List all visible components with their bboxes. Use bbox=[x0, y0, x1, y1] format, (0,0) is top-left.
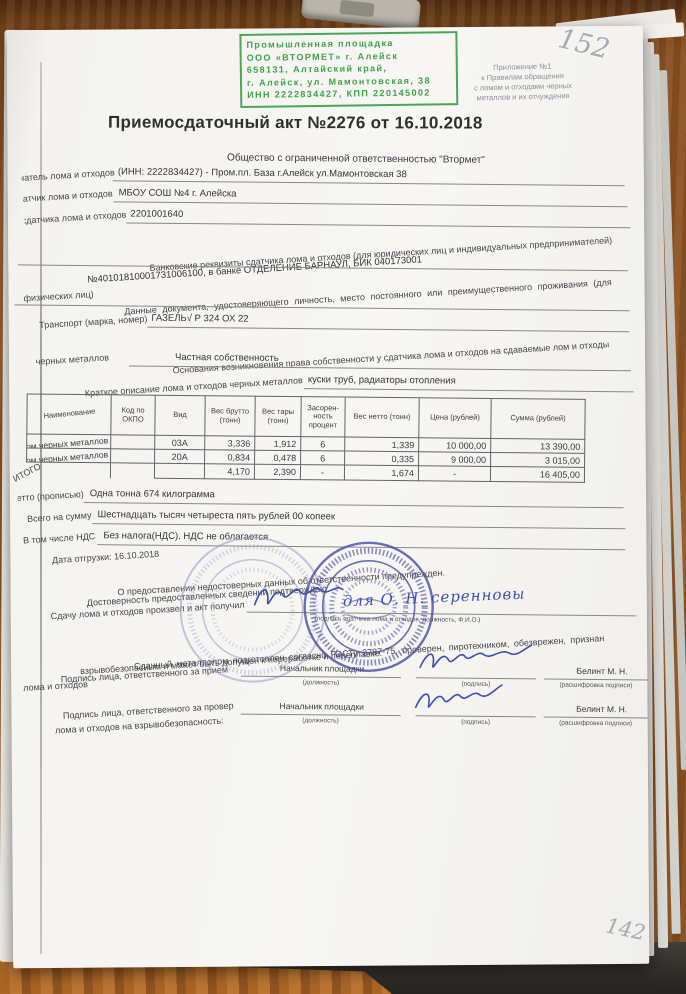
value-ownership: Частная собственность bbox=[175, 352, 279, 364]
cell-clog: 6 bbox=[301, 437, 345, 451]
green-company-stamp: Промышленная площадка ООО «ВТОРМЕТ» г. А… bbox=[239, 31, 458, 108]
sig1-sign-caption: (подпись) bbox=[416, 680, 536, 688]
value-vat: Без налога(НДС). НДС не облагается bbox=[103, 530, 268, 543]
sig1-name-caption: (расшифровка подписи) bbox=[541, 681, 651, 689]
label-sum-words: Всего на сумму bbox=[19, 510, 92, 527]
value-deliverer: МБОУ СОШ №4 г. Алейска bbox=[119, 187, 237, 199]
document-content: Промышленная площадка ООО «ВТОРМЕТ» г. А… bbox=[0, 0, 686, 994]
label-receiver: Получатель лома и отходов bbox=[21, 167, 116, 186]
pencil-page-number-bottom: 142 bbox=[604, 913, 648, 945]
stamp-line: ИНН 2222834427, КПП 220145002 bbox=[247, 86, 451, 101]
cell-okpo bbox=[111, 449, 155, 463]
goods-table: Наименование Код по ОКПО Вид Вес брутто … bbox=[26, 393, 586, 482]
total-tare: 2,390 bbox=[254, 464, 300, 479]
col-header-name: Наименование bbox=[27, 394, 111, 435]
cell-vid: 03А bbox=[155, 435, 205, 449]
sig1-position-caption: (должность) bbox=[241, 679, 401, 688]
total-gross: 4,170 bbox=[204, 464, 254, 479]
col-header-net: Вес нетто (тонн) bbox=[345, 397, 419, 438]
annex-note: Приложение №1 к Правилам обращения с лом… bbox=[439, 60, 606, 104]
label-net-words: Вес нетто (прописью) bbox=[17, 489, 84, 506]
col-header-gross: Вес брутто (тонн) bbox=[205, 396, 255, 436]
cell-net: 1,339 bbox=[345, 437, 419, 452]
col-header-price: Цена (рублей) bbox=[419, 398, 491, 439]
sig2-position: Начальник площадки bbox=[246, 701, 398, 712]
sig2-name-caption: (расшифровка подписи) bbox=[541, 719, 651, 727]
cell-vid: 20А bbox=[155, 449, 205, 463]
sig1-name: Белинт М. Н. bbox=[546, 665, 658, 676]
cell-gross: 0,834 bbox=[205, 450, 255, 464]
sig2-sign-caption: (подпись) bbox=[416, 718, 536, 726]
cell-price: 10 000,00 bbox=[419, 438, 491, 453]
cell-name: Лом черных металлов bbox=[27, 448, 111, 463]
label-deliverer: Сдатчик лома и отходов bbox=[22, 188, 113, 206]
cell-tare: 1,912 bbox=[255, 436, 301, 450]
value-receiver: (ИНН: 2222834427) - Пром.пл. База г.Алей… bbox=[118, 166, 407, 180]
col-header-okpo: Код по ОКПО bbox=[111, 395, 155, 435]
total-net: 1,674 bbox=[344, 465, 418, 481]
sig1-position: Начальник площадки bbox=[246, 663, 398, 674]
value-transport: ГАЗЕЛЬ√ Р 324 ОХ 22 bbox=[151, 313, 248, 325]
total-sum: 16 405,00 bbox=[490, 466, 584, 482]
label-ownership-2: черных металлов bbox=[23, 352, 110, 370]
col-header-tare: Вес тары (тонн) bbox=[255, 396, 301, 436]
cell-name: Лом черных металлов bbox=[27, 434, 111, 449]
value-net-words: Одна тонна 674 килограмма bbox=[90, 488, 215, 500]
total-price: - bbox=[418, 466, 490, 482]
value-sum-words: Шестнадцать тысяч четыреста пять рублей … bbox=[98, 509, 336, 522]
sig2-name: Белинт М. Н. bbox=[546, 703, 658, 714]
label-vat: В том числе НДС bbox=[21, 531, 96, 548]
col-header-sum: Сумма (рублей) bbox=[491, 398, 585, 439]
cell-okpo bbox=[111, 435, 155, 449]
cell-sum: 13 390,00 bbox=[491, 438, 585, 453]
cell-tare: 0,478 bbox=[255, 450, 301, 464]
cell-gross: 3,336 bbox=[205, 436, 255, 450]
value-description: куски труб, радиаторы отопления bbox=[308, 374, 456, 386]
cell-price: 9 000,00 bbox=[419, 452, 491, 467]
cell-clog: 6 bbox=[301, 451, 345, 465]
cell-net: 0,335 bbox=[345, 451, 419, 466]
recipient-org-line: Общество с ограниченной ответственностью… bbox=[151, 152, 561, 167]
sig2-position-caption: (должность) bbox=[241, 717, 401, 726]
col-header-clog: Засорен-ность процент bbox=[301, 397, 345, 437]
value-inn: 2201001640 bbox=[130, 208, 183, 220]
col-header-vid: Вид bbox=[155, 395, 205, 435]
ship-date-line: Дата отгрузки: 16.10.2018 bbox=[17, 549, 160, 571]
pencil-page-number-top: 152 bbox=[555, 23, 612, 65]
handwritten-signature-text: для О. Н. серенновы bbox=[342, 585, 525, 611]
label-inn: ИНН сдатчика лома и отходов bbox=[24, 209, 127, 228]
handover-caption: (подпись сдатчика лома и отходов, должно… bbox=[315, 615, 481, 624]
cell-sum: 3 015,00 bbox=[491, 452, 585, 467]
total-clog: - bbox=[300, 465, 344, 480]
page-title: Приемосдаточный акт №2276 от 16.10.2018 bbox=[69, 112, 521, 133]
